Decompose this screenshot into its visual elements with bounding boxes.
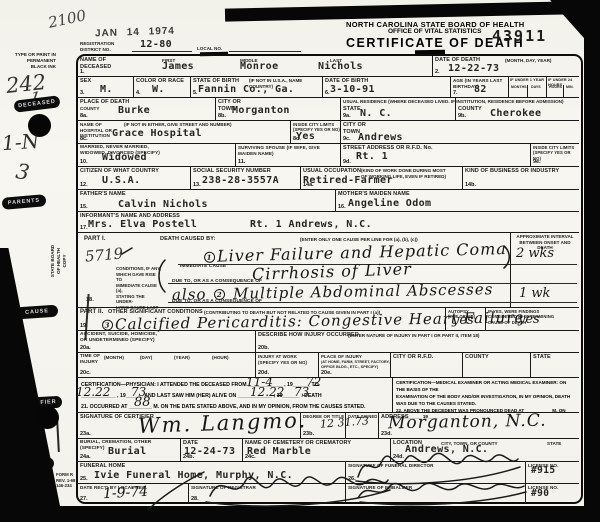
pod-county-num: 8a. xyxy=(80,114,88,120)
ssn-label: SOCIAL SECURITY NUMBER xyxy=(193,168,271,175)
funeral-home-label: FUNERAL HOME xyxy=(80,463,125,470)
pod-city-value: Morganton xyxy=(232,105,290,116)
marital-num: 10. xyxy=(80,160,88,166)
field-injury-at-work: INJURY AT WORK (SPECIFY YES OR NO) 20d. xyxy=(255,352,318,377)
hole-punch xyxy=(28,114,51,137)
date-of-death-num: 2. xyxy=(435,70,440,76)
race-num: 4. xyxy=(136,91,141,97)
circled-2: 2 xyxy=(214,289,225,300)
field-injury-state: STATE xyxy=(530,352,579,377)
pencil-tick xyxy=(120,246,134,256)
date-received-num: 27. xyxy=(80,497,88,503)
spouse-num: 11. xyxy=(238,160,245,166)
deceased-last-name: Nichols xyxy=(318,61,363,72)
res-state-value: N. C. xyxy=(360,108,392,119)
injury-state-label: STATE xyxy=(533,354,551,361)
registration-district-label: REGISTRATION DISTRICT NO. xyxy=(80,41,114,53)
divider xyxy=(563,85,564,97)
race-value: W. xyxy=(152,84,165,95)
field-certification-physician: CERTIFICATION—PHYSICIAN: I ATTENDED THE … xyxy=(78,377,392,412)
res-county-value: Cherokee xyxy=(490,108,541,119)
cemetery-value: Red Marble xyxy=(247,446,311,457)
birth-state-num: 5. xyxy=(193,91,198,97)
industry-num: 14b. xyxy=(465,183,476,189)
burial-num: 24a. xyxy=(80,455,91,461)
inside-city-value: Yes xyxy=(296,131,315,142)
dob-num: 6. xyxy=(325,91,330,97)
place-of-injury-sub: (AT HOME, FARM, STREET, FACTORY, OFFICE … xyxy=(321,360,390,369)
burial-value: Burial xyxy=(108,446,147,457)
brace-glyph xyxy=(502,244,512,270)
hole-punch xyxy=(36,406,59,429)
res-state-num: 9a. xyxy=(343,114,351,120)
field-certification-medical-examiner: CERTIFICATION—MEDICAL EXAMINER OR ACTING… xyxy=(392,377,579,412)
injury-city-label: CITY OR R.F.D. xyxy=(393,354,433,361)
field-describe-injury: DESCRIBE HOW INJURY OCCURRED (ENTER NATU… xyxy=(255,330,579,352)
res-state-label: STATE xyxy=(343,106,361,113)
ink-instruction-note: TYPE OR PRINT IN PERMANENT BLACK INK xyxy=(0,52,56,70)
place-of-injury-num: 20e. xyxy=(321,371,332,377)
last-saw-year-value: 73 xyxy=(294,385,309,399)
citizen-num: 12. xyxy=(80,183,88,189)
scanned-death-certificate: { "header": { "stamp_date": "JAN 14 1974… xyxy=(0,0,600,522)
part1-num: 18. xyxy=(86,297,94,304)
citizen-label: CITIZEN OF WHAT COUNTRY xyxy=(80,168,159,175)
injury-county-label: COUNTY xyxy=(465,354,489,361)
mother-num: 16. xyxy=(338,205,346,211)
sex-label: SEX xyxy=(80,78,91,85)
under24-hours: HOURS xyxy=(549,85,562,89)
office-name: OFFICE OF VITAL STATISTICS xyxy=(388,28,481,35)
res-county-num: 9b. xyxy=(458,114,466,120)
certifier-address-value: Morganton, N.C. xyxy=(388,411,547,434)
under1-label: IF UNDER 1 YEAR xyxy=(510,78,544,83)
field-injury-city: CITY OR R.F.D. xyxy=(390,352,462,377)
embalmer-signature xyxy=(352,476,530,506)
under1-days: DAYS xyxy=(531,85,541,89)
hospital-sub: (IF NOT IN EITHER, GIVE STREET AND NUMBE… xyxy=(124,122,232,128)
license2-value: #90 xyxy=(531,488,549,499)
funeral-home-num: 25. xyxy=(80,477,88,483)
informant-address-value: Rt. 1 Andrews, N.C. xyxy=(250,219,372,230)
mother-label: MOTHER'S MAIDEN NAME xyxy=(338,191,410,198)
pencil-note-242: 242 xyxy=(5,70,47,98)
attended-to-value: 12.22 xyxy=(76,385,110,399)
registration-district-value: 12-80 xyxy=(140,39,172,50)
circled-3: 3 xyxy=(102,319,113,330)
inside-city-2-num: 9e. xyxy=(533,160,541,166)
injury-day: (DAY) xyxy=(140,355,152,361)
pod-county-value: Burke xyxy=(118,105,150,116)
hospital-value: Grace Hospital xyxy=(112,128,202,139)
time-of-injury-label: TIME OF INJURY xyxy=(80,354,100,366)
field-place-of-injury: PLACE OF INJURY (AT HOME, FARM, STREET, … xyxy=(318,352,390,377)
part1-label: PART I. xyxy=(84,236,106,244)
injury-month: (MONTH) xyxy=(104,355,124,361)
findings-value: yes xyxy=(518,312,540,327)
brace-glyph xyxy=(155,258,167,294)
occupation-value: Retired-Farmer xyxy=(303,175,393,186)
pod-city-num: 8b. xyxy=(218,114,226,120)
res-city-value: Andrews xyxy=(358,132,403,143)
pod-county-label: COUNTY xyxy=(80,106,99,112)
describe-label: DESCRIBE HOW INJURY OCCURRED xyxy=(258,332,359,339)
field-accident-type: ACCIDENT, SUICIDE, HOMICIDE, OR UNDETERM… xyxy=(78,330,255,352)
injury-at-work-label: INJURY AT WORK (SPECIFY YES OR NO) xyxy=(258,354,307,365)
under24-min: MIN. xyxy=(566,85,574,89)
sex-num: 3. xyxy=(80,91,85,97)
residence-section-label: USUAL RESIDENCE (WHERE DECEASED LIVED. I… xyxy=(343,99,577,105)
interval-a-value: 2 wks xyxy=(516,246,554,261)
certifier-sig-num: 23a. xyxy=(80,432,91,438)
marital-value: Widowed xyxy=(102,152,147,163)
degree-num: 23b. xyxy=(303,432,314,438)
local-no-label: LOCAL NO. xyxy=(197,46,222,52)
under1-months: MONTHS xyxy=(511,85,527,89)
rule xyxy=(229,51,301,52)
field-industry: KIND OF BUSINESS OR INDUSTRY 14b. xyxy=(462,166,579,189)
date-of-death-value: 12-22-73 xyxy=(448,63,499,74)
ssn-num: 13. xyxy=(193,183,201,189)
street-num: 9d. xyxy=(343,160,351,166)
informant-name-value: Mrs. Elva Postell xyxy=(88,219,197,230)
location-sub2: STATE xyxy=(547,441,561,447)
autopsy-value: yes xyxy=(452,313,474,328)
sex-value: M. xyxy=(100,84,113,95)
industry-label: KIND OF BUSINESS OR INDUSTRY xyxy=(465,168,559,175)
physician-cert-text: CERTIFICATION—PHYSICIAN: I ATTENDED THE … xyxy=(81,380,387,413)
deceased-first-name: James xyxy=(162,61,194,72)
describe-sub: (ENTER NATURE OF INJURY IN PART I OR PAR… xyxy=(348,333,479,339)
divider xyxy=(527,85,528,97)
occurred-at-value: 88 xyxy=(134,395,151,410)
age-num: 7. xyxy=(453,91,458,97)
accident-num: 20a. xyxy=(80,346,91,352)
field-injury-county: COUNTY xyxy=(462,352,530,377)
spouse-label: SURVIVING SPOUSE (IF WIFE, GIVE MAIDEN N… xyxy=(238,145,336,156)
scan-edge-right xyxy=(584,0,600,522)
ssn-value: 238-28-3557A xyxy=(202,175,279,186)
injury-year: (YEAR) xyxy=(174,355,190,361)
date-of-birth-value: 3-10-91 xyxy=(330,84,375,95)
field-inside-city-limits-2: INSIDE CITY LIMITS (SPECIFY YES OR NO) 9… xyxy=(530,143,579,166)
occupation-label: USUAL OCCUPATION xyxy=(303,168,361,175)
mother-value: Angeline Odom xyxy=(348,198,431,209)
father-label: FATHER'S NAME xyxy=(80,191,126,198)
deceased-middle-name: Monroe xyxy=(240,61,279,72)
father-value: Calvin Nichols xyxy=(118,199,208,210)
field-surviving-spouse: SURVIVING SPOUSE (IF WIFE, GIVE MAIDEN N… xyxy=(235,143,340,166)
informant-num: 17. xyxy=(80,226,88,232)
certificate-number: 43911 xyxy=(492,27,547,45)
father-num: 15. xyxy=(80,205,88,211)
injury-hour: (HOUR) xyxy=(212,355,229,361)
place-of-injury-label: PLACE OF INJURY xyxy=(321,354,362,360)
interval-c-value: 1 wk xyxy=(519,286,550,301)
burial-date-value: 12-24-73 xyxy=(184,446,235,457)
describe-num: 20b. xyxy=(258,346,269,352)
copy-designation-note: STATE BOARD OF HEALTH COPY xyxy=(50,226,76,296)
rule xyxy=(132,51,192,52)
circled-1: 1 xyxy=(204,252,215,263)
date-of-death-sub: (MONTH, DAY, YEAR) xyxy=(505,58,551,64)
field-time-of-injury: TIME OF INJURY (MONTH) (DAY) (YEAR) (HOU… xyxy=(78,352,255,377)
license1-value: #915 xyxy=(531,465,555,476)
street-value: Rt. 1 xyxy=(356,151,388,162)
time-of-injury-num: 20c. xyxy=(80,371,91,377)
part2-num: 19. xyxy=(80,324,88,330)
res-county-label: COUNTY xyxy=(458,106,482,113)
accident-label: ACCIDENT, SUICIDE, HOMICIDE, OR UNDETERM… xyxy=(80,332,157,344)
res-city-num: 9c. xyxy=(343,137,351,143)
death-caused-by-label: DEATH CAUSED BY: xyxy=(160,236,215,243)
age-value: 82 xyxy=(474,84,487,95)
hospital-num: 8c. xyxy=(80,137,88,143)
pencil-code-5719: 5719 xyxy=(84,244,124,265)
name-num: 1. xyxy=(80,70,85,76)
birth-state-value: Fannin Co., Ga. xyxy=(198,84,294,95)
citizen-value: U.S.A. xyxy=(102,175,141,186)
last-saw-value: 12.22 xyxy=(250,385,284,399)
